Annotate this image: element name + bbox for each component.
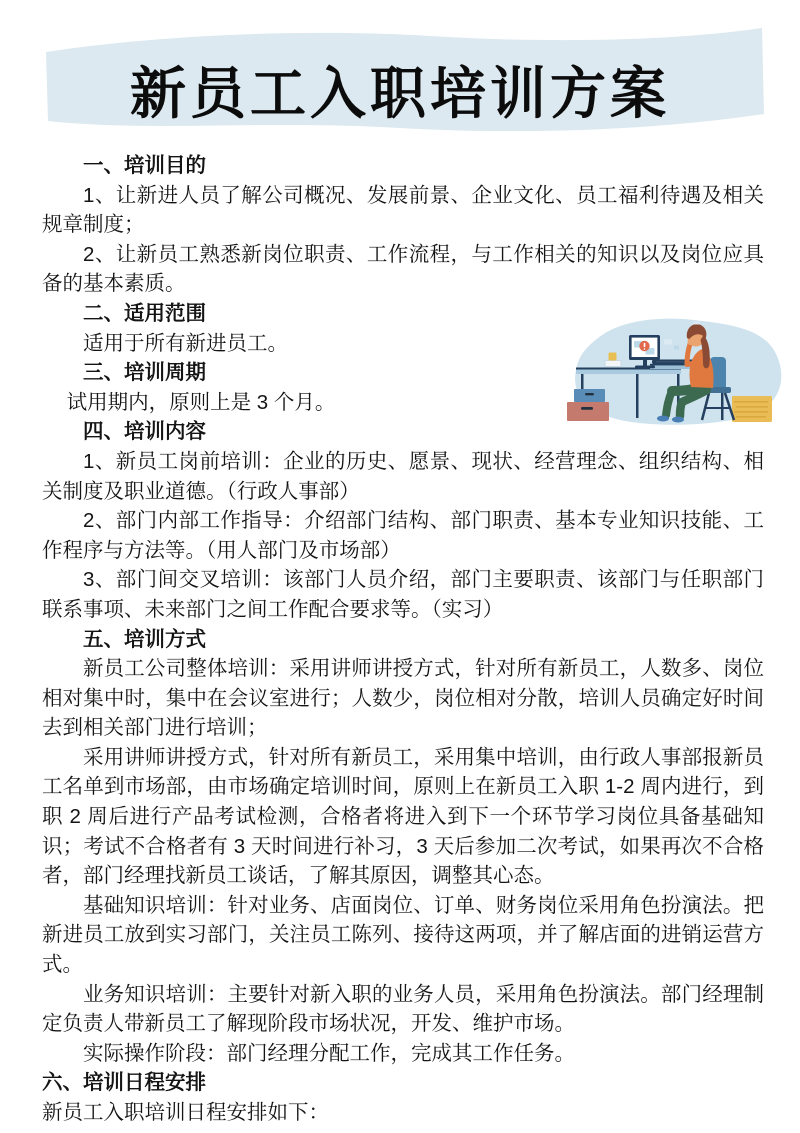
alert-exclamation-icon <box>639 341 649 351</box>
illustration-woman-at-desk <box>556 308 796 440</box>
shoe <box>672 417 684 423</box>
shoe <box>657 416 669 422</box>
paragraph: 新员工公司整体培训：采用讲师讲授方式，针对所有新员工，人数多、岗位相对集中时，集… <box>42 654 764 743</box>
document-page: 新员工入职培训方案 一、培训目的1、让新进人员了解公司概况、发展前景、企业文化、… <box>0 0 800 1133</box>
paragraph: 2、让新员工熟悉新岗位职责、工作流程，与工作相关的知识以及岗位应具备的基本素质。 <box>42 240 764 299</box>
paragraph: 2、部门内部工作指导：介绍部门结构、部门职责、基本专业知识技能、工作程序与方法等… <box>42 506 764 565</box>
paragraph: 实际操作阶段：部门经理分配工作，完成其工作任务。 <box>42 1039 764 1069</box>
paragraph: 基础知识培训：针对业务、店面岗位、订单、财务岗位采用角色扮演法。把新进员工放到实… <box>42 891 764 980</box>
paragraph: 3、部门间交叉培训：该部门人员介绍，部门主要职责、该部门与任职部门联系事项、未来… <box>42 565 764 624</box>
paragraph: 1、新员工岗前培训：企业的历史、愿景、现状、经营理念、组织结构、相关制度及职业道… <box>42 447 764 506</box>
paper-stack <box>732 396 772 422</box>
section-heading: 五、培训方式 <box>42 625 764 655</box>
cup-icon <box>609 353 617 361</box>
document-body: 一、培训目的1、让新进人员了解公司概况、发展前景、企业文化、员工福利待遇及相关规… <box>42 151 764 1128</box>
section-heading: 一、培训目的 <box>42 151 764 181</box>
paragraph: 业务知识培训：主要针对新入职的业务人员，采用角色扮演法。部门经理制定负责人带新员… <box>42 980 764 1039</box>
paragraph: 采用讲师讲授方式，针对所有新员工，采用集中培训，由行政人事部报新员工名单到市场部… <box>42 743 764 891</box>
page-title: 新员工入职培训方案 <box>0 50 800 130</box>
section-heading: 六、培训日程安排 <box>42 1068 764 1098</box>
hairband <box>693 322 700 325</box>
storage-boxes <box>567 389 609 421</box>
paragraph: 1、让新进人员了解公司概况、发展前景、企业文化、员工福利待遇及相关规章制度； <box>42 181 764 240</box>
paragraph: 新员工入职培训日程安排如下： <box>42 1098 764 1128</box>
